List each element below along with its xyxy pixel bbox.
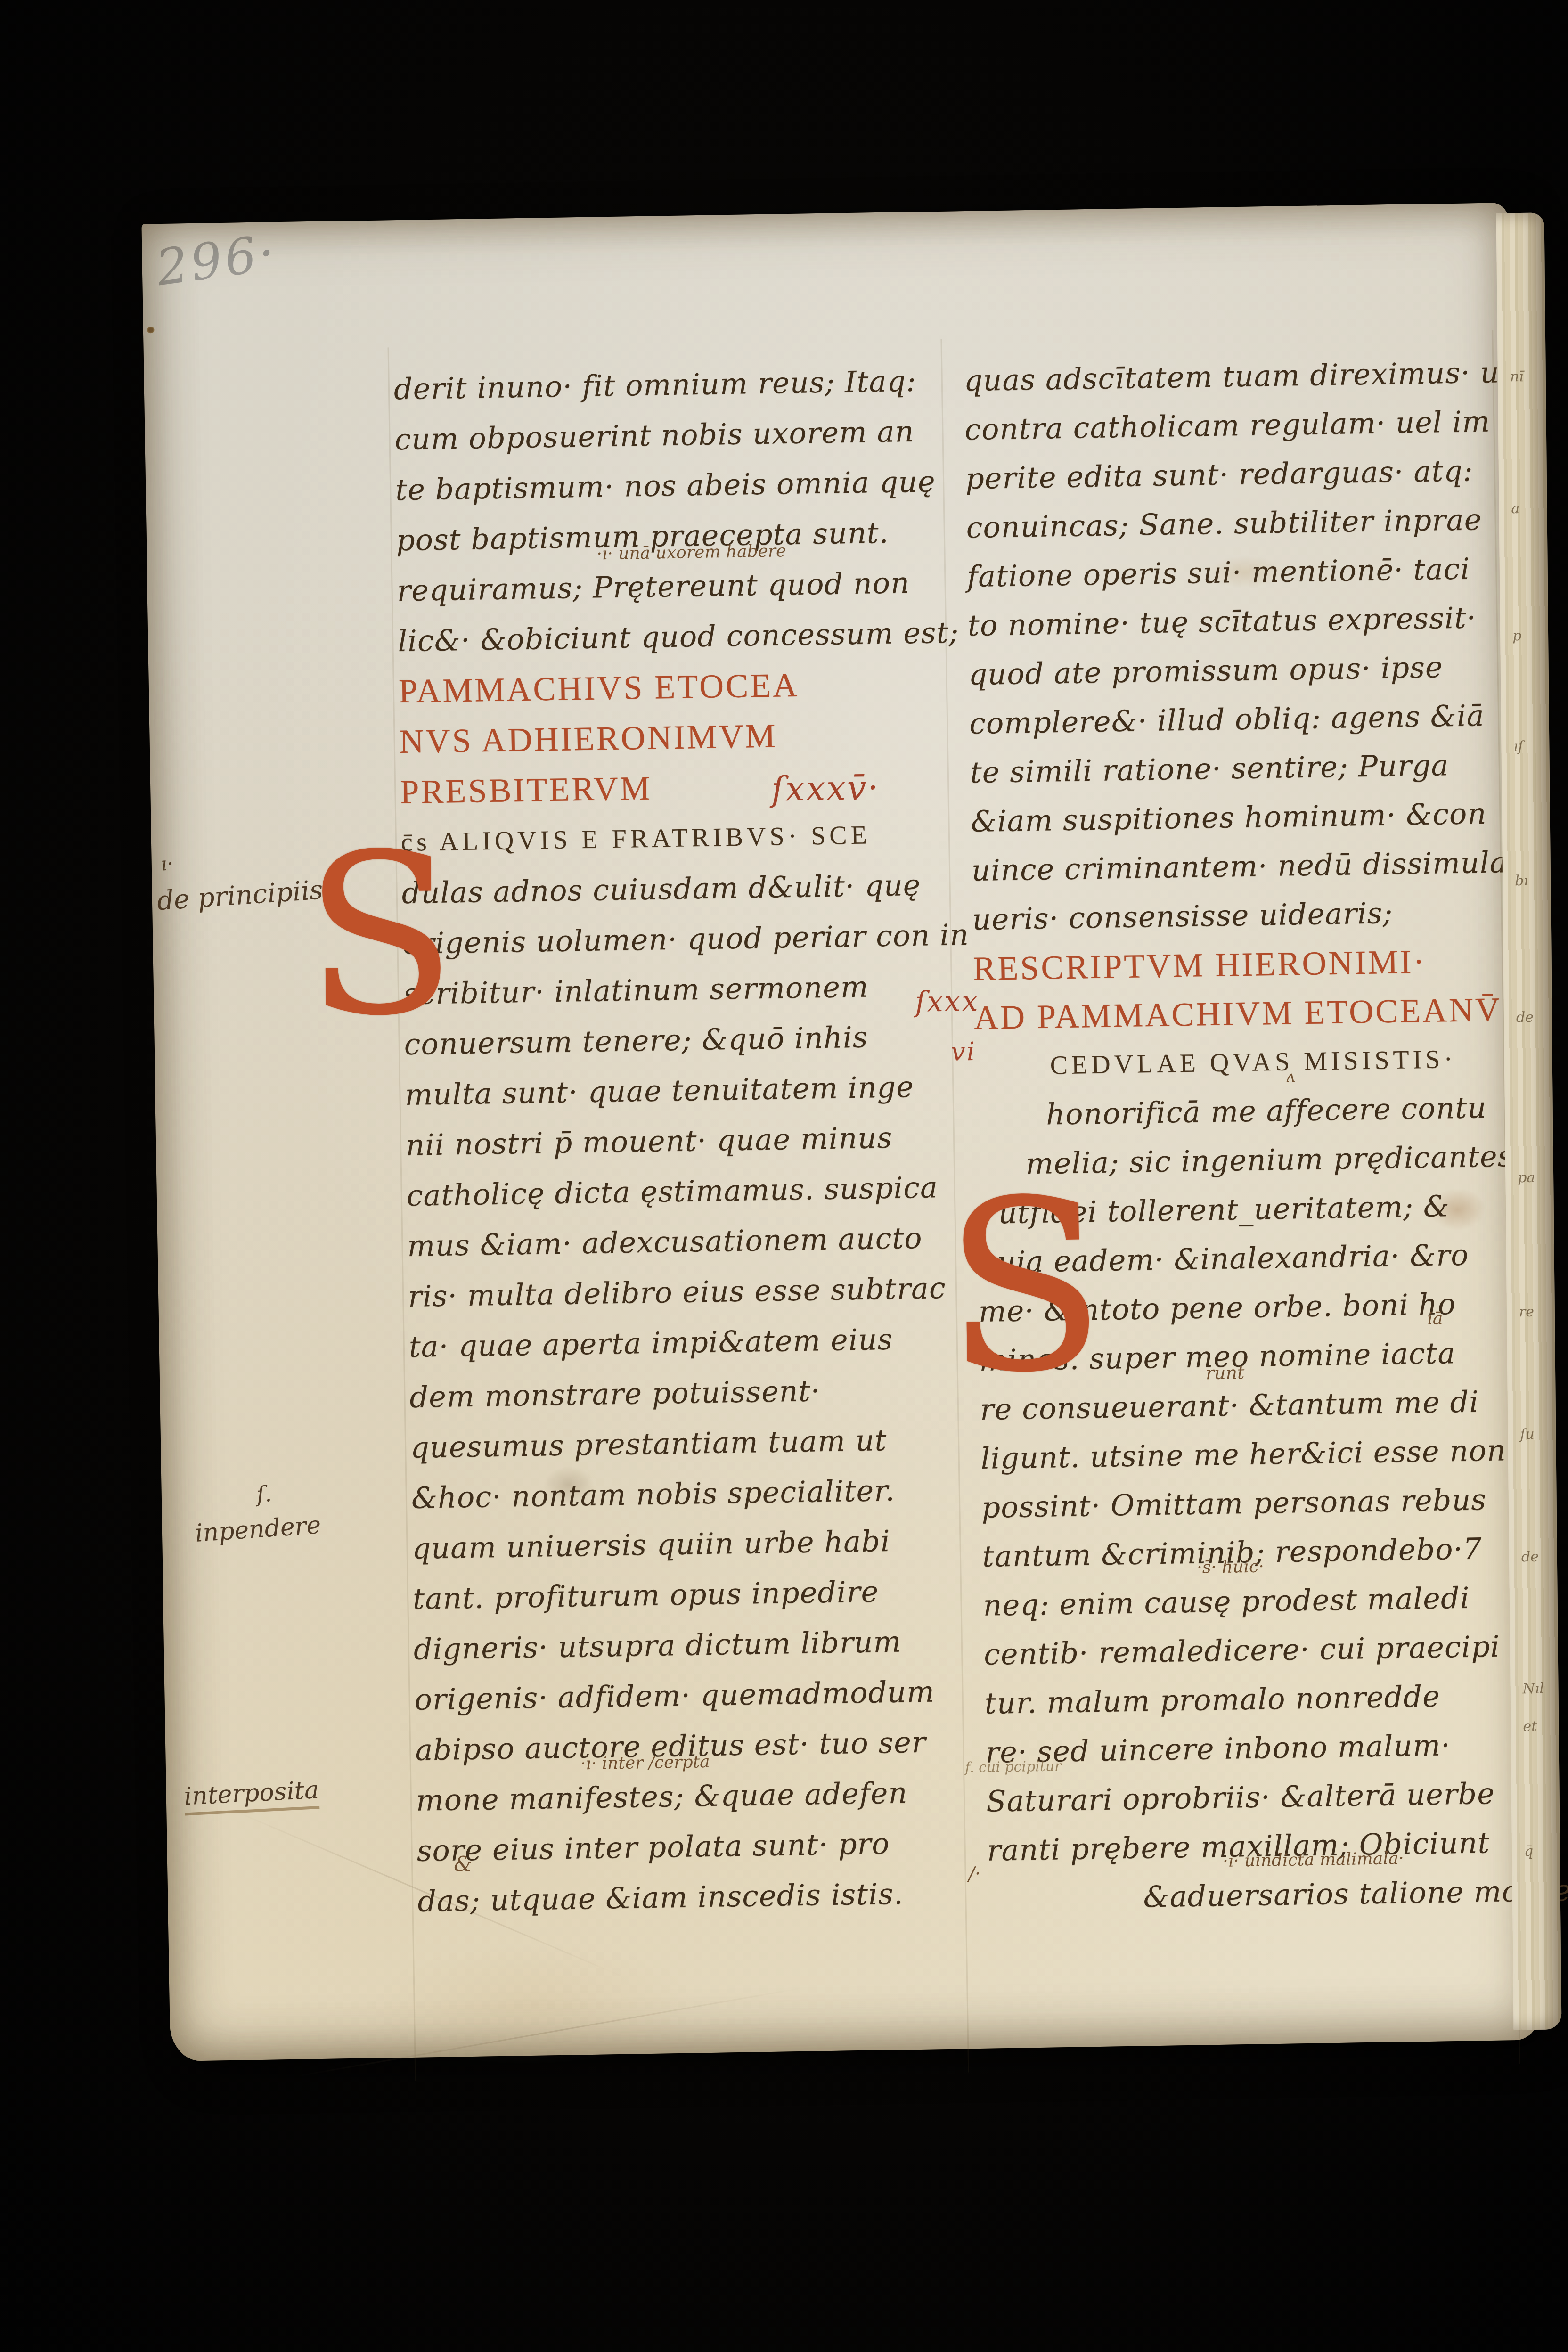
text-line: contra catholicam regulam· uel im <box>964 397 1516 454</box>
gloss-inter-excerpta: ·ı· inter /cerpta <box>580 1752 710 1773</box>
text-line: quod ate promissum opus· ipse <box>968 642 1520 699</box>
text-line: to nomine· tuę scītatus expressit· <box>967 593 1519 650</box>
decorated-initial-right: S <box>942 1174 1107 1400</box>
text-line: mone manifestes; &quae adefen <box>416 1766 972 1826</box>
wormhole <box>147 327 155 333</box>
gloss-slash-mark: /· <box>968 1863 981 1885</box>
manuscript-photograph: 296· derit inuno· fit omnium reus; Itaq:… <box>0 0 1568 2352</box>
fore-edge-text-fragment: et <box>1523 1718 1537 1735</box>
text-line: uince criminantem· nedū dissimula <box>971 838 1523 895</box>
text-line: das; utquae &iam inscedis istis. <box>417 1867 974 1927</box>
text-line: honorificā me affecere contu <box>975 1083 1527 1140</box>
text-line: conuersum tenere; &quō inhis <box>404 1010 961 1070</box>
letter-numeral-xxxv: ſxxxv̄· <box>771 768 880 809</box>
gloss-et: & <box>454 1852 473 1877</box>
fore-edge-text-fragment: de <box>1516 1009 1534 1026</box>
text-line: catholicę dicta ęstimamus. suspica <box>406 1161 963 1221</box>
text-line: mus &iam· adexcusationem aucto <box>407 1212 964 1271</box>
text-line: re· sed uincere inbono malum· <box>985 1719 1537 1777</box>
text-line: digneris· utsupra dictum librum <box>413 1615 970 1674</box>
text-line: &aduersarios talione mordere· <box>988 1866 1539 1924</box>
text-line: ligunt. utsine me her&ici esse non <box>980 1426 1532 1483</box>
fore-edge-text-fragment: a <box>1511 500 1519 517</box>
letter-numeral-xxx: ſxxx <box>915 985 980 1019</box>
fore-edge-text-fragment: ıſ <box>1513 738 1523 755</box>
text-line: dulas adnos cuiusdam d&ulit· quę <box>401 859 958 919</box>
letter-numeral-vi: vi <box>951 1037 977 1067</box>
text-line: &hoc· nontam nobis specialiter. <box>411 1464 968 1523</box>
text-line: multa sunt· quae tenuitatem inge <box>405 1061 962 1120</box>
text-line: te simili ratione· sentire; Purga <box>970 740 1521 797</box>
incipit-line: c̄s ALIQVIS E FRATRIBVS· SCE <box>400 809 957 868</box>
margin-note-de-principiis: de principiis <box>156 875 324 917</box>
stain <box>367 1940 698 2068</box>
text-line: neq: enim causę prodest maledi <box>983 1572 1535 1630</box>
text-line: fatione operis sui· mentionē· taci <box>967 544 1519 601</box>
text-line: Saturari oprobriis· &alterā uerbe <box>986 1768 1537 1826</box>
text-line: origenis· adfidem· quemadmodum <box>414 1666 971 1725</box>
fore-edge-text-fragment: Nıl <box>1522 1681 1544 1697</box>
incipit-line: CEDVLAE QVAS MISISTIS· <box>974 1034 1526 1091</box>
text-line: ueris· consensisse uidearis; <box>972 887 1524 944</box>
text-line: &iam suspitiones hominum· &con <box>971 789 1522 846</box>
fore-edge-text-fragment: q̄ <box>1524 1843 1534 1860</box>
text-line: requiramus; Prętereunt quod non <box>397 557 954 616</box>
folio-number: 296· <box>153 223 281 297</box>
fore-edge-text-fragment: ſu <box>1520 1426 1535 1443</box>
fore-edge-text-fragment: de <box>1521 1549 1539 1565</box>
parchment-page: 296· derit inuno· fit omnium reus; Itaq:… <box>141 203 1536 2061</box>
rubric-line: RESCRIPTVM HIERONIMI· <box>973 936 1525 993</box>
rubric-line: NVS ADHIERONIMVM <box>399 708 956 768</box>
text-line: lic&· &obiciunt quod concessum est; <box>397 607 954 667</box>
text-line: tur. malum promalo nonredde <box>984 1670 1536 1728</box>
text-line: nii nostri p̄ mouent· quae minus <box>405 1111 962 1170</box>
gloss-s-huic: ·s̄· huic· <box>1197 1557 1264 1577</box>
text-column-left: derit inuno· fit omnium reus; Itaq:cum o… <box>393 355 974 1927</box>
text-line: possint· Omittam personas rebus <box>981 1475 1533 1532</box>
gloss-uindicta: ·ı· uindicta malimala· <box>1223 1849 1404 1871</box>
margin-note-inpendere: inpendere <box>194 1511 322 1548</box>
fore-edge-text-fragment: nı̄ <box>1510 368 1524 385</box>
margin-mark-i: ı· <box>160 853 174 875</box>
fore-edge-text-fragment: bı <box>1515 873 1528 889</box>
fore-edge-text-fragment: p <box>1512 628 1522 644</box>
rubric-line: PAMMACHIVS ETOCEA <box>398 658 955 717</box>
margin-mark-s: ſ. <box>256 1481 272 1507</box>
text-line: quas adscītatem tuam direximus· uel <box>964 348 1515 405</box>
margin-note-interposita: interposita <box>183 1776 320 1815</box>
gloss-una-uxorem: ·ı· unā uxorem habere <box>596 541 786 563</box>
fore-edge-text-fragment: re <box>1519 1304 1534 1320</box>
text-line: complere&· illud obliq: agens &iā <box>969 691 1520 748</box>
text-line: ta· quae aperta impi&atem eius <box>408 1313 965 1372</box>
text-line: cum obposuerint nobis uxorem an <box>394 406 951 465</box>
text-line: ris· multa delibro eius esse subtrac <box>408 1262 964 1322</box>
text-column-right: quas adscītatem tuam direximus· uelcontr… <box>964 348 1539 1924</box>
gloss-ia: iā <box>1427 1309 1443 1329</box>
text-line: derit inuno· fit omnium reus; Itaq: <box>393 355 950 415</box>
text-line: perite edita sunt· redarguas· atq: <box>965 446 1517 503</box>
text-line: sore eius inter polata sunt· pro <box>416 1817 973 1876</box>
caret-mark: ʌ <box>1286 1067 1295 1086</box>
fore-edge-text-fragment: pa <box>1518 1169 1535 1186</box>
text-line: quam uniuersis quiin urbe habi <box>412 1514 969 1574</box>
text-line: te baptismum· nos abeis omnia quę <box>395 456 952 515</box>
decorated-initial-left: S <box>303 829 458 1042</box>
text-line: origenis uolumen· quod periar con in <box>402 910 959 969</box>
annotation-layer: ·ı· unā uxorem habereſxxxv̄·ſxxxviʌiārun… <box>141 203 1508 224</box>
crease <box>292 1987 802 2078</box>
text-line: tant. profiturum opus inpedire <box>412 1565 969 1624</box>
text-line: quesumus prestantiam tuam ut <box>410 1413 967 1473</box>
gloss-runt: runt <box>1206 1362 1245 1383</box>
gloss-cui-precipitur: f. cui p̄cipitur <box>965 1758 1062 1776</box>
text-line: scribitur· inlatinum sermonem <box>403 960 960 1019</box>
text-line: centib· remaledicere· cui praecipi <box>983 1621 1535 1679</box>
rubric-line: AD PAMMACHIVM ETOCEANV̄· <box>973 985 1525 1042</box>
text-line: dem monstrare potuissent· <box>409 1363 966 1422</box>
text-line: conuincas; Sane. subtiliter inprae <box>966 495 1518 552</box>
